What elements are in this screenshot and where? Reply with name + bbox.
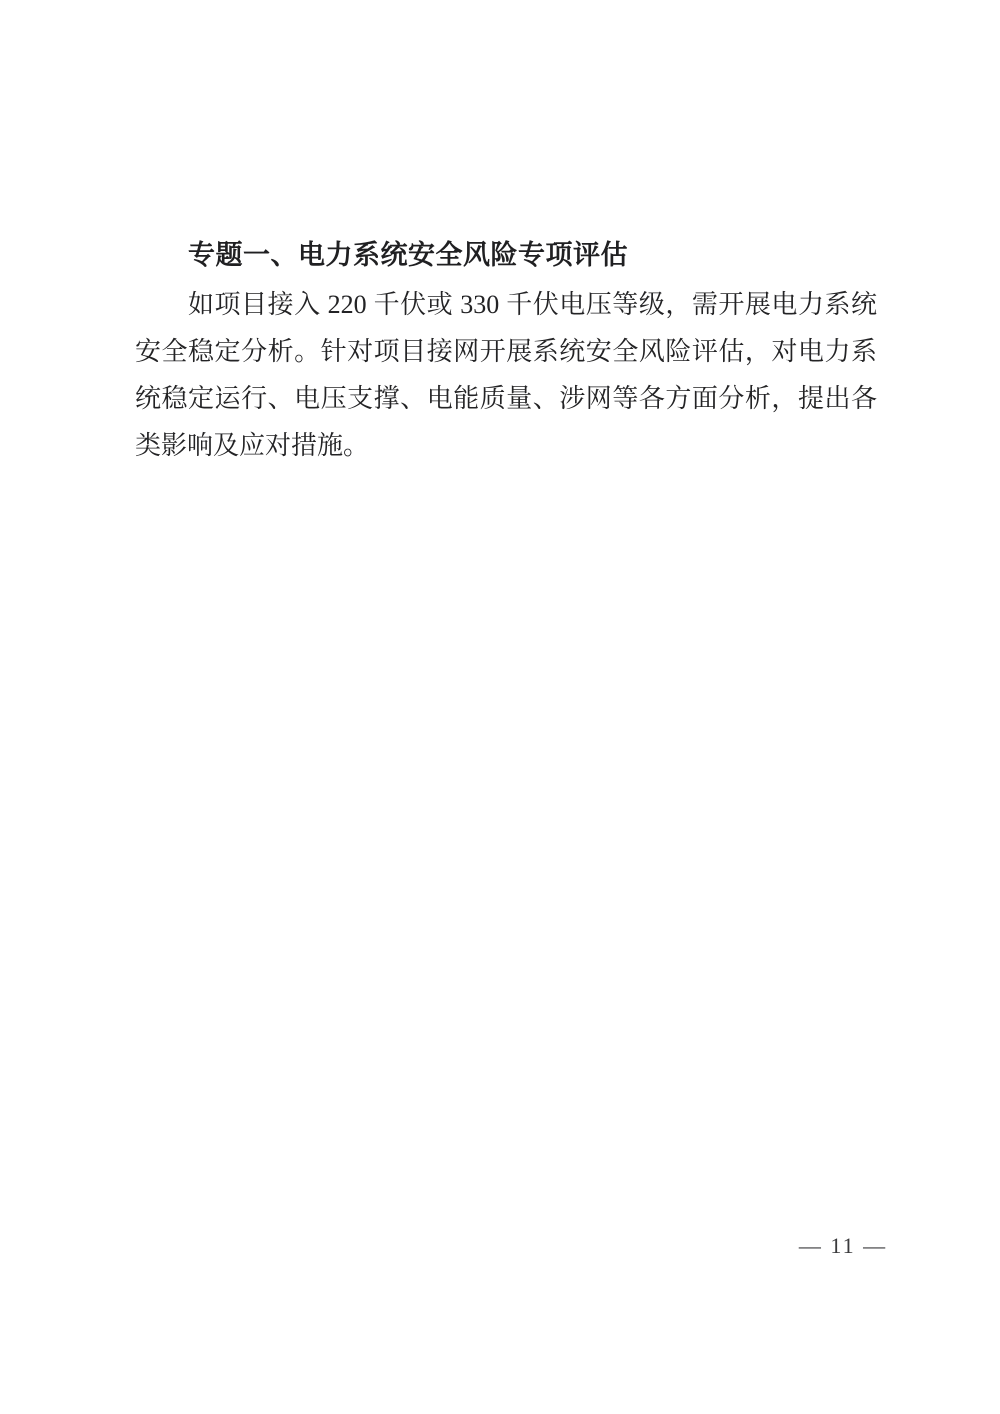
paragraph-line-4: 类影响及应对措施。 [135, 422, 877, 469]
document-page: 专题一、电力系统安全风险专项评估 如项目接入 220 千伏或 330 千伏电压等… [0, 0, 1000, 1414]
paragraph-line-3: 统稳定运行、电压支撑、电能质量、涉网等各方面分析，提出各 [135, 375, 877, 422]
section-heading: 专题一、电力系统安全风险专项评估 [188, 233, 628, 272]
body-paragraph: 如项目接入 220 千伏或 330 千伏电压等级，需开展电力系统 安全稳定分析。… [135, 281, 877, 469]
page-number: — 11 — [783, 1233, 903, 1259]
paragraph-line-1: 如项目接入 220 千伏或 330 千伏电压等级，需开展电力系统 [135, 281, 877, 328]
paragraph-line-2: 安全稳定分析。针对项目接网开展系统安全风险评估，对电力系 [135, 328, 877, 375]
